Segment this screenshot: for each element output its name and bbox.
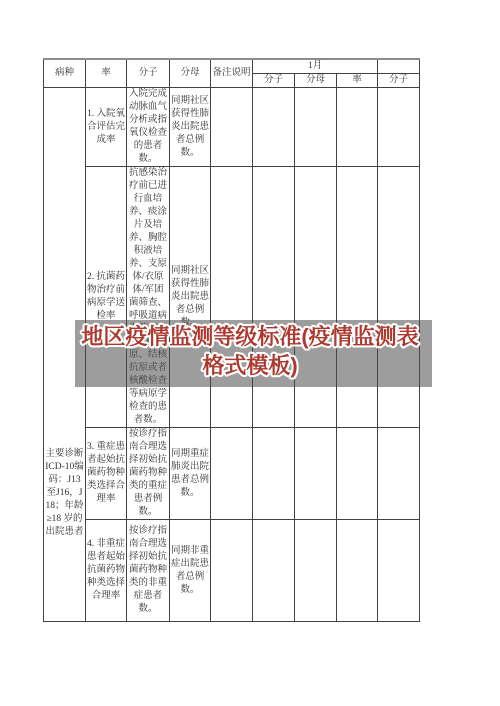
document-page: 病种 率 分子 分母 备注说明 1月 分子 分母 率 分子 主要诊断ICD-10… [0,0,500,706]
month-numerator-value-2 [253,167,295,428]
remarks-cell-4 [211,520,253,622]
month-group-header: 1月 [253,59,378,74]
col-header-numerator: 分子 [127,59,170,88]
month-rate-value-2 [337,167,378,428]
month-subheader-rate: 率 [337,74,378,88]
month-numerator-value-4 [253,520,295,622]
next-month-numerator-value-2 [378,167,420,428]
next-month-subheader-numerator: 分子 [378,74,420,88]
watermark-title-line1: 地区疫情监测等级标准(疫情监测表 [40,322,460,351]
col-header-denominator: 分母 [170,59,211,88]
numerator-cell-1: 入院完成动脉血气分析或指氧仪检查的患者数。 [127,88,170,167]
month-denominator-value-4 [295,520,337,622]
watermark-title: 地区疫情监测等级标准(疫情监测表 格式模板) [40,322,460,380]
numerator-cell-2: 抗感染治疗前已进行血培养、痰涂片及培养、胸腔积液培养、支原体/衣原体/军团菌筛查… [127,167,170,428]
watermark-title-line2: 格式模板) [40,351,460,380]
denominator-cell-1: 同期社区获得性肺炎出院患者总例数。 [170,88,211,167]
month-rate-value-3 [337,428,378,520]
numerator-cell-3: 按诊疗指南合理选择初始抗菌药物种类的重症患者例数。 [127,428,170,520]
month-subheader-denominator: 分母 [295,74,337,88]
rate-cell-1: 1. 入院氧合评估完成率 [86,88,127,167]
table-row: 4. 非重症患者起始抗菌药物种类选择合理率 按诊疗指南合理选择初始抗菌药物种类的… [44,520,420,622]
next-month-group-header-empty [378,59,420,74]
col-header-disease: 病种 [44,59,86,88]
denominator-cell-4: 同期非重症出院患者总例数。 [170,520,211,622]
table-row: 3. 重症患者起始抗菌药物种类选择合理率 按诊疗指南合理选择初始抗菌药物种类的重… [44,428,420,520]
month-numerator-value-1 [253,88,295,167]
rate-cell-3: 3. 重症患者起始抗菌药物种类选择合理率 [86,428,127,520]
rate-cell-2: 2. 抗菌药物治疗前病原学送检率 [86,167,127,428]
month-subheader-numerator: 分子 [253,74,295,88]
denominator-cell-3: 同期重症肺炎出院患者总例数。 [170,428,211,520]
numerator-cell-4: 按诊疗指南合理选择初始抗菌药物种类的非重症患者数。 [127,520,170,622]
col-header-remarks: 备注说明 [211,59,253,88]
rate-cell-4: 4. 非重症患者起始抗菌药物种类选择合理率 [86,520,127,622]
next-month-numerator-value-4 [378,520,420,622]
month-denominator-value-1 [295,88,337,167]
month-rate-value-1 [337,88,378,167]
denominator-cell-2: 同期社区获得性肺炎出院患者总例数。 [170,167,211,428]
table-row: 主要诊断ICD-10编码：J13 至J16，J18；年龄≥18 岁的出院患者 1… [44,88,420,167]
month-numerator-value-3 [253,428,295,520]
month-denominator-value-3 [295,428,337,520]
col-header-rate: 率 [86,59,127,88]
remarks-cell-3 [211,428,253,520]
remarks-cell-2 [211,167,253,428]
month-rate-value-4 [337,520,378,622]
table-row: 2. 抗菌药物治疗前病原学送检率 抗感染治疗前已进行血培养、痰涂片及培养、胸腔积… [44,167,420,428]
remarks-cell-1 [211,88,253,167]
next-month-numerator-value-3 [378,428,420,520]
next-month-numerator-value-1 [378,88,420,167]
month-denominator-value-2 [295,167,337,428]
